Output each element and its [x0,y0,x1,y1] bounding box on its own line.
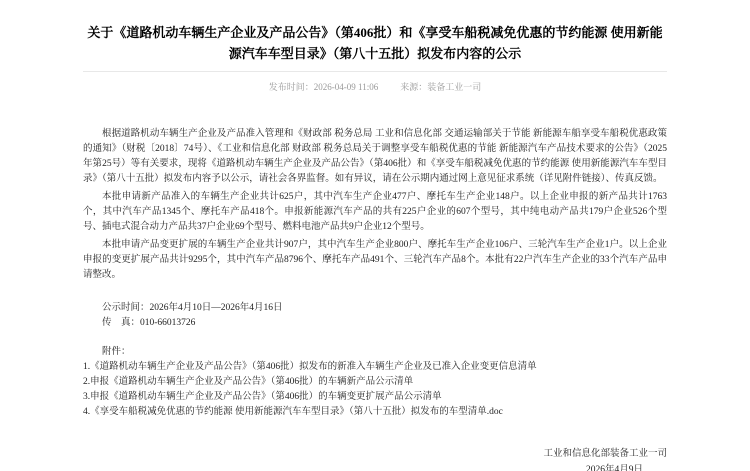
paragraph-basis: 根据道路机动车辆生产企业及产品准入管理和《财政部 税务总局 工业和信息化部 交通… [83,127,667,187]
attachment-link-3[interactable]: 3.申报《道路机动车辆生产企业及产品公告》（第406批）的车辆变更扩展产品公示清… [83,390,667,405]
publish-time-value: 2026-04-09 11:06 [314,82,378,92]
paragraph-change-extension-stats: 本批申请产品变更扩展的车辆生产企业共计907户，其中汽车生产企业800户、摩托车… [83,238,667,283]
attachment-link-2[interactable]: 2.申报《道路机动车辆生产企业及产品公告》（第406批）的车辆新产品公示清单 [83,375,667,390]
announcement-page: 关于《道路机动车辆生产企业及产品公告》（第406批）和《享受车船税减免优惠的节约… [0,0,750,471]
page-title: 关于《道路机动车辆生产企业及产品公告》（第406批）和《享受车船税减免优惠的节约… [83,0,667,64]
notice-info-block: 公示时间：2026年4月10日—2026年4月16日 传 真：010-66013… [83,301,667,331]
fax-number: 传 真：010-66013726 [83,316,667,331]
attachments-section: 附件： 1.《道路机动车辆生产企业及产品公告》（第406批）拟发布的新准入车辆生… [83,345,667,420]
source-label: 来源： [400,82,427,92]
title-divider [83,71,667,72]
signature-block: 工业和信息化部装备工业一司 2026年4月9日 [83,446,667,471]
attachments-label: 附件： [83,345,667,360]
signature-org: 工业和信息化部装备工业一司 [83,446,667,462]
attachment-link-4[interactable]: 4.《享受车船税减免优惠的节约能源 使用新能源汽车车型目录》（第八十五批）拟发布… [83,405,667,420]
publish-time-label: 发布时间： [269,82,314,92]
paragraph-new-product-stats: 本批申请新产品准入的车辆生产企业共计625户，其中汽车生产企业477户、摩托车生… [83,190,667,235]
signature-date: 2026年4月9日 [83,462,667,471]
meta-bar: 发布时间：2026-04-09 11:06来源：装备工业一司 [83,81,667,93]
attachment-link-1[interactable]: 1.《道路机动车辆生产企业及产品公告》（第406批）拟发布的新准入车辆生产企业及… [83,360,667,375]
document-body: 根据道路机动车辆生产企业及产品准入管理和《财政部 税务总局 工业和信息化部 交通… [83,127,667,471]
public-notice-period: 公示时间：2026年4月10日—2026年4月16日 [83,301,667,316]
source-value: 装备工业一司 [427,82,481,92]
